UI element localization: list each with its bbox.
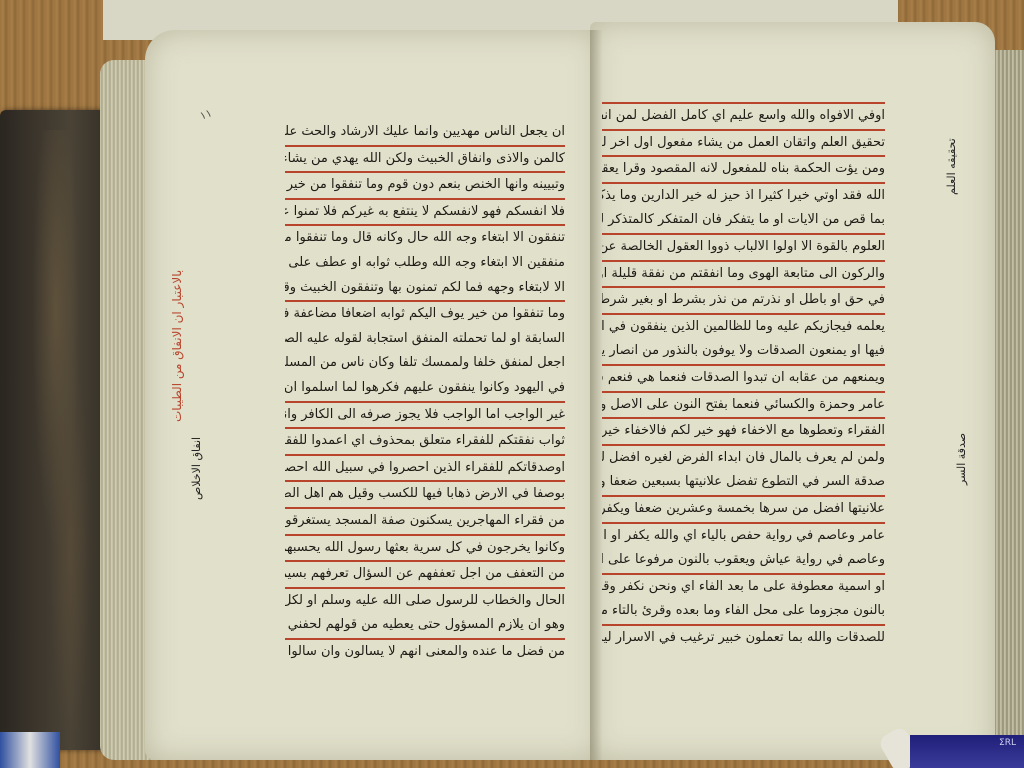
manuscript-line: العلوم بالقوة الا اولوا الالباب ذووا الع… [602,233,885,260]
manuscript-line: يعلمه فيجازيكم عليه وما للظالمين الذين ي… [602,313,885,340]
manuscript-line: علانيتها افضل من سرها بخمسة وعشرين ضعفا … [602,495,885,522]
manuscript-line: ان يجعل الناس مهديين وانما عليك الارشاد … [285,120,565,145]
manuscript-line: ثواب نفقتكم للفقراء متعلق بمحذوف اي اعمد… [285,427,565,454]
manuscript-line: منفقين الا ابتغاء وجه الله وطلب ثوابه او… [285,251,565,276]
manuscript-line: عامر وعاصم في رواية حفص بالياء اي والله … [602,522,885,549]
manuscript-line: تحقيق العلم واتقان العمل من يشاء مفعول ا… [602,129,885,156]
margin-note-left: انفاق الاخلاص [190,440,203,500]
manuscript-line: اوفي الافواه والله واسع عليم اي كامل الف… [602,102,885,129]
background-books: ΣRL [910,735,1024,768]
manuscript-line: الحال والخطاب للرسول صلى الله عليه وسلم … [285,587,565,614]
manuscript-line: او اسمية معطوفة على ما بعد الفاء اي ونحن… [602,573,885,600]
book-spine-label: ΣRL [999,738,1016,748]
manuscript-line: اجعل لمنفق خلفا ولممسك تلفا وكان ناس من … [285,351,565,376]
right-text-block: اوفي الافواه والله واسع عليم اي كامل الف… [602,102,885,650]
margin-note-right-top: تحقيقه العلم [945,140,958,195]
manuscript-line: في اليهود وكانوا ينفقون عليهم فكرهوا لما… [285,376,565,401]
manuscript-line: غير الواجب اما الواجب فلا يجوز صرفه الى … [285,401,565,428]
manuscript-line: ويمنعهم من عقابه ان تبدوا الصدقات فنعما … [602,364,885,391]
manuscript-line: من فقراء المهاجرين يسكنون صفة المسجد يست… [285,507,565,534]
manuscript-line: الفقراء وتعطوها مع الاخفاء فهو خير لكم ف… [602,417,885,444]
manuscript-line: وهو ان يلازم المسؤول حتى يعطيه من قولهم … [285,613,565,638]
margin-note-red: بالاعتبار ان الانفاق من الطيبات [170,262,196,422]
manuscript-line: الله فقد اوتي خيرا كثيرا اذ حيز له خير ا… [602,182,885,209]
manuscript-line: ولمن لم يعرف بالمال فان ابداء الفرض لغير… [602,444,885,471]
manuscript-line: وكانوا يخرجون في كل سرية بعثها رسول الله… [285,534,565,561]
manuscript-line: عامر وحمزة والكسائي فنعما بفتح النون على… [602,391,885,418]
manuscript-line: فلا انفسكم فهو لانفسكم لا ينتفع به غيركم… [285,198,565,225]
manuscript-line: الا لابتغاء وجهه فما لكم تمنون بها وتنفق… [285,276,565,301]
manuscript-line: بما قص من الايات او ما يتفكر فان المتفكر… [602,208,885,233]
manuscript-line: وعاصم في رواية عياش ويعقوب بالنون مرفوعا… [602,548,885,573]
manuscript-line: والركون الى متابعة الهوى وما انفقتم من ن… [602,260,885,287]
margin-note-right-middle: صدقة السر [955,435,968,485]
manuscript-line: ومن يؤت الحكمة بناه للمفعول لانه المقصود… [602,155,885,182]
manuscript-line: وتبيينه وانها الخنص بنعم دون قوم وما تنف… [285,171,565,198]
manuscript-line: وما تنفقوا من خير يوف اليكم ثوابه اضعافا… [285,300,565,327]
manuscript-line: من التعفف من اجل تعففهم عن السؤال تعرفهم… [285,560,565,587]
manuscript-line: السابقة او لما تحملته المنفق استجابة لقو… [285,327,565,352]
manuscript-line: اوصدقاتكم للفقراء الذين احصروا في سبيل ا… [285,454,565,481]
manuscript-line: صدقة السر في التطوع تفضل علانيتها بسبعين… [602,470,885,495]
manuscript-line: من فضل ما عنده والمعنى انهم لا يسالون وا… [285,638,565,665]
background-object [0,732,60,768]
manuscript-line: في حق او باطل او نذرتم من نذر بشرط او بغ… [602,286,885,313]
manuscript-line: بوصفا في الارض ذهابا فيها للكسب وقيل هم … [285,480,565,507]
manuscript-line: بالنون مجزوما على محل الفاء وما بعده وقر… [602,599,885,624]
manuscript-line: فيها او يمنعون الصدقات ولا يوفون بالنذور… [602,339,885,364]
manuscript-line: للصدقات والله بما تعملون خبير ترغيب في ا… [602,624,885,651]
manuscript-line: كالمن والاذى وانفاق الخبيث ولكن الله يهد… [285,145,565,172]
left-text-block: ان يجعل الناس مهديين وانما عليك الارشاد … [285,120,565,664]
manuscript-line: تنفقون الا ابتغاء وجه الله حال وكانه قال… [285,224,565,251]
